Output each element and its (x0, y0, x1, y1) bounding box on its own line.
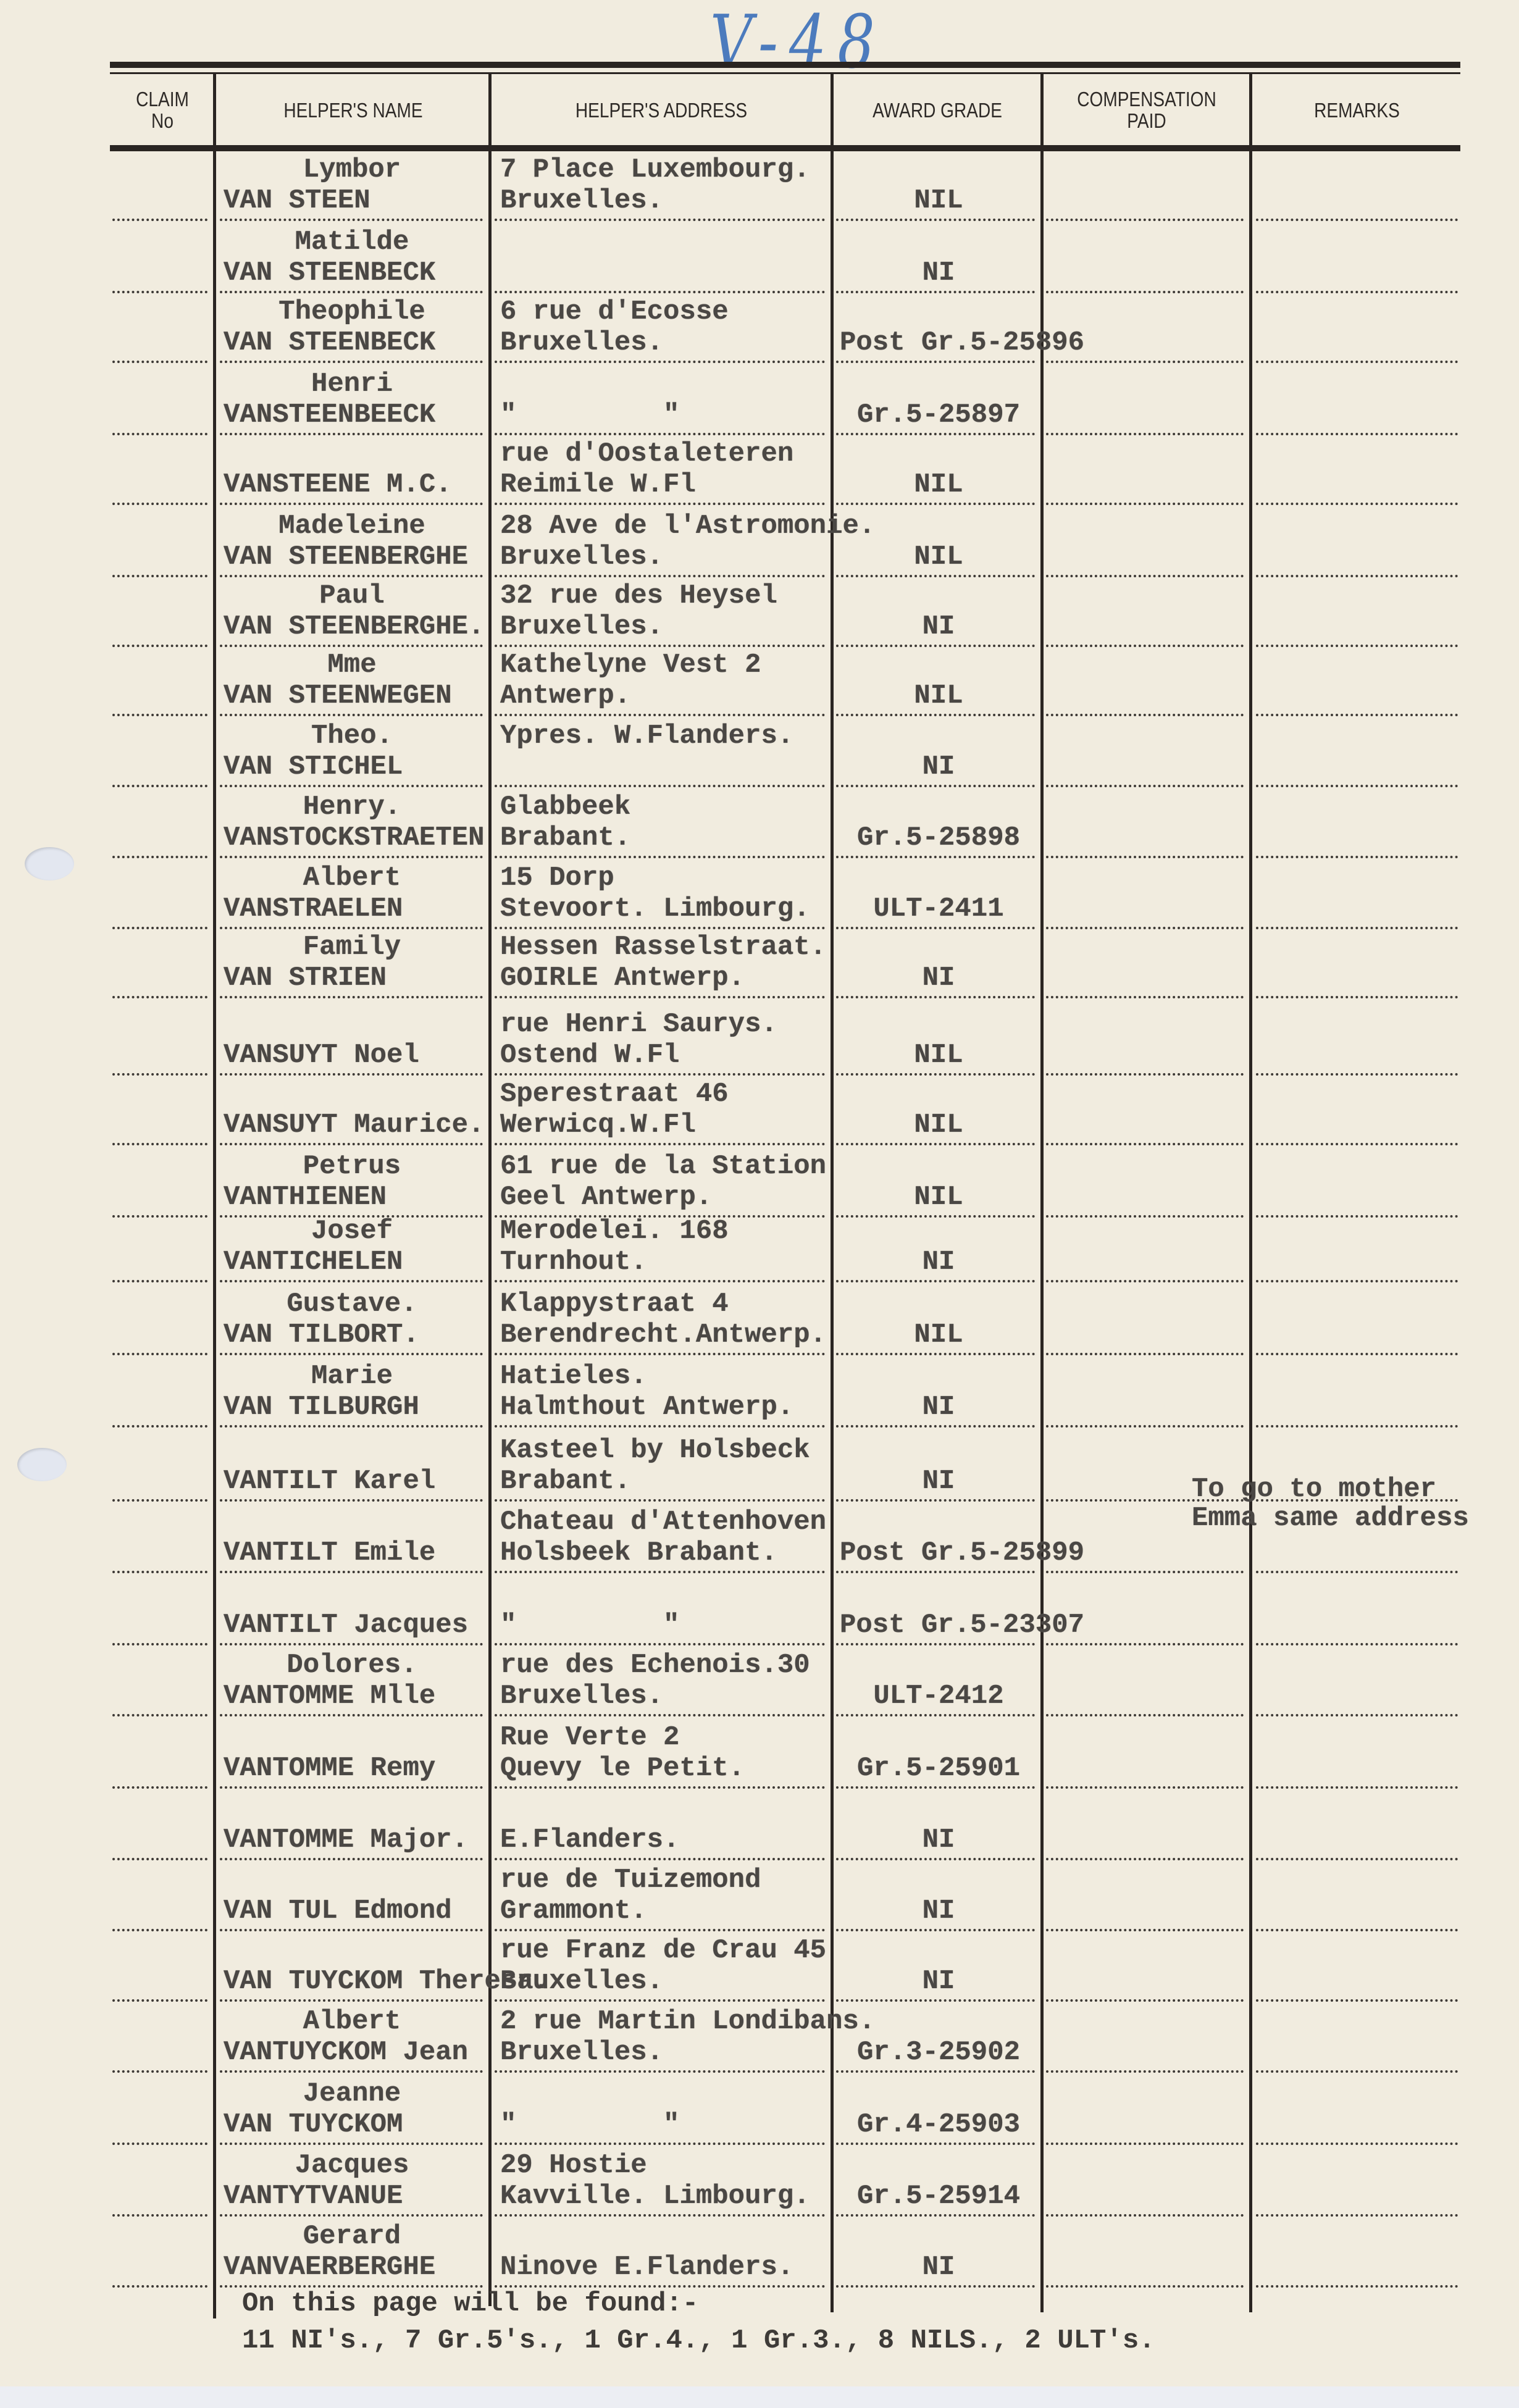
helper-first-name: Paul (222, 580, 482, 611)
helper-surname: VANSTOCKSTRAETEN (224, 822, 484, 853)
helper-surname: VAN STEENBECK (224, 257, 435, 288)
row-separator (1256, 2070, 1458, 2073)
helper-first-name: Theo. (222, 721, 482, 751)
header-col-divider (1249, 74, 1252, 145)
row-separator (1256, 291, 1458, 293)
row-separator (112, 291, 207, 293)
row-separator (1046, 361, 1244, 363)
header-col-divider (213, 74, 216, 145)
row-separator (836, 433, 1035, 435)
row-separator (495, 996, 825, 998)
row-separator (1046, 1786, 1244, 1789)
helper-address-line-2: Ninove E.Flanders. (500, 2252, 793, 2283)
helper-address-line-2: Quevy le Petit. (500, 1753, 745, 1784)
body-col-divider (1249, 151, 1252, 2312)
row-separator (495, 1499, 825, 1502)
row-separator (1256, 361, 1458, 363)
row-separator (495, 2214, 825, 2217)
row-separator (112, 361, 207, 363)
helper-first-name: Matilde (222, 227, 482, 257)
helper-address-line-2: Stevoort. Limbourg. (500, 893, 810, 924)
helper-first-name: Henri (222, 369, 482, 399)
row-separator (1256, 433, 1458, 435)
row-separator (495, 1073, 825, 1076)
row-separator (495, 1786, 825, 1789)
row-separator (220, 1571, 483, 1573)
helper-address-line-2: Bruxelles. (500, 1681, 663, 1712)
row-separator (836, 927, 1035, 929)
helper-surname: VANSTRAELEN (224, 893, 403, 924)
row-separator (836, 2214, 1035, 2217)
helper-address-line-1: 15 Dorp (500, 863, 614, 893)
helper-surname: VAN STEEN (224, 185, 370, 216)
row-separator (1046, 856, 1244, 858)
helper-address-line-2: " " (500, 2109, 679, 2140)
helper-address-line-1: Chateau d'Attenhoven (500, 1507, 826, 1537)
award-grade: NI (840, 1247, 1037, 1277)
row-separator (1256, 1643, 1458, 1645)
row-separator (836, 1499, 1035, 1502)
row-separator (112, 1425, 207, 1428)
row-separator (1256, 1786, 1458, 1789)
helper-first-name: Henry. (222, 792, 482, 822)
row-separator (836, 2070, 1035, 2073)
row-separator (836, 785, 1035, 787)
helper-address-line-1: Sperestraat 46 (500, 1079, 729, 1110)
row-separator (220, 996, 483, 998)
row-separator (1046, 1143, 1244, 1145)
row-separator (220, 2214, 483, 2217)
row-separator (495, 1425, 825, 1428)
row-separator (112, 856, 207, 858)
helper-surname: VANTILT Jacques (224, 1610, 468, 1641)
row-separator (112, 503, 207, 505)
award-grade: NI (840, 1825, 1037, 1855)
award-grade: NIL (840, 1182, 1037, 1213)
award-grade: Gr.5-25897 (840, 399, 1037, 430)
row-separator (495, 714, 825, 716)
row-separator (1046, 2285, 1244, 2288)
helper-address-line-2: Brabant. (500, 822, 630, 853)
row-separator (220, 433, 483, 435)
helper-address-line-2: " " (500, 399, 679, 430)
row-separator (1256, 1215, 1458, 1218)
row-separator (1256, 1929, 1458, 1931)
row-separator (1046, 2214, 1244, 2217)
row-separator (1046, 1353, 1244, 1355)
row-separator (1046, 785, 1244, 787)
row-separator (220, 1353, 483, 1355)
row-separator (1046, 1999, 1244, 2002)
helper-surname: VAN TILBURGH (224, 1392, 419, 1423)
helper-first-name: Madeleine (222, 511, 482, 541)
row-separator (1046, 219, 1244, 221)
helper-address-line-2: Turnhout. (500, 1247, 647, 1277)
summary-line-2: 11 NI's., 7 Gr.5's., 1 Gr.4., 1 Gr.3., 8… (242, 2325, 1155, 2357)
header-claim-no: CLAIM No (118, 73, 207, 148)
row-separator (495, 856, 825, 858)
row-separator (112, 1858, 207, 1860)
helper-address-line-1: 29 Hostie (500, 2150, 647, 2181)
helper-address-line-2: Grammont. (500, 1896, 647, 1926)
helper-surname: VANVAERBERGHE (224, 2252, 435, 2283)
award-grade: NI (840, 257, 1037, 288)
award-grade: NIL (840, 469, 1037, 500)
row-separator (1046, 575, 1244, 577)
row-separator (220, 575, 483, 577)
helper-surname: VAN TILBORT. (224, 1319, 419, 1350)
helper-surname: VANTOMME Mlle (224, 1681, 435, 1712)
helper-first-name: Lymbor (222, 154, 482, 185)
row-separator (220, 927, 483, 929)
row-separator (220, 714, 483, 716)
body-col-divider (213, 151, 216, 2318)
row-separator (836, 996, 1035, 998)
row-separator (836, 219, 1035, 221)
row-separator (1256, 714, 1458, 716)
row-separator (1046, 1280, 1244, 1282)
row-separator (836, 714, 1035, 716)
row-separator (495, 2070, 825, 2073)
row-separator (220, 2070, 483, 2073)
award-grade: NIL (840, 541, 1037, 572)
row-separator (220, 219, 483, 221)
row-separator (495, 1714, 825, 1716)
helper-address-line-2: Bruxelles. (500, 1966, 663, 1997)
helper-address-line-1: 2 rue Martin Londibans. (500, 2006, 875, 2037)
award-grade: NIL (840, 1040, 1037, 1071)
helper-address-line-1: rue de Tuizemond (500, 1865, 761, 1896)
helper-surname: VAN STEENBECK (224, 327, 435, 358)
row-separator (836, 1280, 1035, 1282)
row-separator (112, 1499, 207, 1502)
helper-surname: VANSUYT Maurice. (224, 1110, 484, 1140)
row-separator (112, 1643, 207, 1645)
helper-address-line-2: Bruxelles. (500, 611, 663, 642)
award-grade: NIL (840, 185, 1037, 216)
summary-line-1: On this page will be found:- (242, 2288, 698, 2320)
row-separator (495, 575, 825, 577)
row-separator (836, 361, 1035, 363)
helper-address-line-2: Brabant. (500, 1466, 630, 1497)
award-grade: Gr.5-25898 (840, 822, 1037, 853)
row-separator (1256, 1353, 1458, 1355)
row-separator (1046, 1215, 1244, 1218)
helper-first-name: Jeanne (222, 2078, 482, 2109)
row-separator (836, 1786, 1035, 1789)
helper-surname: VANSTEENE M.C. (224, 469, 452, 500)
row-separator (495, 219, 825, 221)
header-col-divider (1040, 74, 1044, 145)
helper-surname: VANSUYT Noel (224, 1040, 419, 1071)
row-separator (1256, 1073, 1458, 1076)
row-separator (495, 291, 825, 293)
row-separator (112, 2143, 207, 2145)
row-separator (495, 785, 825, 787)
helper-address-line-1: 28 Ave de l'Astromonie. (500, 511, 875, 541)
row-separator (1256, 1571, 1458, 1573)
helper-first-name: Gustave. (222, 1289, 482, 1319)
helper-surname: VANTOMME Remy (224, 1753, 435, 1784)
row-separator (495, 2143, 825, 2145)
row-separator (1256, 575, 1458, 577)
helper-address-line-1: Kathelyne Vest 2 (500, 650, 761, 680)
row-separator (1046, 1073, 1244, 1076)
row-separator (112, 996, 207, 998)
row-separator (836, 1073, 1035, 1076)
body-col-divider (1040, 151, 1044, 2312)
row-separator (1256, 2285, 1458, 2288)
row-separator (1046, 291, 1244, 293)
helper-surname: VANTUYCKOM Jean (224, 2037, 468, 2068)
row-separator (112, 1280, 207, 1282)
helper-address-line-2: Geel Antwerp. (500, 1182, 712, 1213)
helper-address-line-2: Reimile W.Fl (500, 469, 696, 500)
row-separator (112, 2285, 207, 2288)
row-separator (836, 503, 1035, 505)
scan-background (0, 2386, 1519, 2408)
row-separator (112, 714, 207, 716)
helper-first-name: Marie (222, 1361, 482, 1392)
helper-address-line-2: GOIRLE Antwerp. (500, 963, 745, 993)
helper-first-name: Mme (222, 650, 482, 680)
award-grade: NI (840, 1466, 1037, 1497)
helper-surname: VAN STEENWEGEN (224, 680, 452, 711)
helper-address-line-2: Kavville. Limbourg. (500, 2181, 810, 2212)
header-col-divider (488, 74, 492, 145)
row-separator (112, 1073, 207, 1076)
helper-surname: VAN TUL Edmond (224, 1896, 452, 1926)
row-separator (1256, 645, 1458, 647)
helper-first-name: Josef (222, 1216, 482, 1247)
row-separator (220, 1714, 483, 1716)
row-separator (1046, 927, 1244, 929)
row-separator (836, 291, 1035, 293)
helper-address-line-1: rue des Echenois.30 (500, 1650, 810, 1681)
award-grade: Post Gr.5-25899 (840, 1537, 1037, 1568)
row-separator (1256, 1714, 1458, 1716)
award-grade: NI (840, 1896, 1037, 1926)
row-separator (495, 927, 825, 929)
row-separator (112, 785, 207, 787)
row-separator (220, 856, 483, 858)
body-col-divider (831, 151, 834, 2312)
row-separator (220, 1858, 483, 1860)
row-separator (836, 645, 1035, 647)
row-separator (836, 1353, 1035, 1355)
row-separator (220, 1929, 483, 1931)
award-grade: Post Gr.5-25896 (840, 327, 1037, 358)
helper-address-line-1: 61 rue de la Station (500, 1151, 826, 1182)
award-grade: ULT-2412 (840, 1681, 1037, 1712)
helper-address-line-2: Bruxelles. (500, 2037, 663, 2068)
row-separator (112, 1999, 207, 2002)
helper-address-line-2: " " (500, 1610, 679, 1641)
helper-address-line-2: E.Flanders. (500, 1825, 679, 1855)
row-separator (112, 219, 207, 221)
row-separator (1046, 1714, 1244, 1716)
top-thick-rule (110, 62, 1460, 68)
remarks-text: Emma same address (1192, 1503, 1469, 1534)
helper-address-line-1: Hatieles. (500, 1361, 647, 1392)
row-separator (1046, 714, 1244, 716)
award-grade: Post Gr.5-23307 (840, 1610, 1037, 1641)
award-grade: NI (840, 611, 1037, 642)
row-separator (495, 433, 825, 435)
helper-address-line-2: Ostend W.Fl (500, 1040, 679, 1071)
header-award-grade: AWARD GRADE (849, 73, 1026, 148)
helper-surname: VAN TUYCKOM (224, 2109, 403, 2140)
row-separator (1046, 1858, 1244, 1860)
row-separator (1256, 927, 1458, 929)
helper-first-name: Theophile (222, 296, 482, 327)
row-separator (1256, 2143, 1458, 2145)
row-separator (836, 575, 1035, 577)
helper-address-line-1: 32 rue des Heysel (500, 580, 777, 611)
row-separator (220, 2143, 483, 2145)
row-separator (220, 1786, 483, 1789)
award-grade: ULT-2411 (840, 893, 1037, 924)
remarks-text: To go to mother (1192, 1474, 1436, 1505)
row-separator (1046, 2143, 1244, 2145)
header-col-divider (831, 74, 834, 145)
row-separator (220, 1643, 483, 1645)
row-separator (495, 503, 825, 505)
helper-address-line-1: rue Franz de Crau 45 (500, 1935, 826, 1966)
row-separator (495, 1929, 825, 1931)
helper-address-line-1: rue Henri Saurys. (500, 1009, 777, 1040)
award-grade: Gr.5-25901 (840, 1753, 1037, 1784)
row-separator (112, 2214, 207, 2217)
helper-address-line-1: Klappystraat 4 (500, 1289, 729, 1319)
row-separator (1046, 996, 1244, 998)
helper-first-name: Family (222, 932, 482, 963)
helper-address-line-1: Hessen Rasselstraat. (500, 932, 826, 963)
row-separator (220, 1143, 483, 1145)
row-separator (836, 1215, 1035, 1218)
helper-surname: VANTILT Karel (224, 1466, 435, 1497)
row-separator (1256, 2214, 1458, 2217)
row-separator (112, 645, 207, 647)
helper-surname: VAN STEENBERGHE. (224, 611, 484, 642)
punch-hole-icon (17, 1448, 67, 1481)
helper-address-line-2: Berendrecht.Antwerp. (500, 1319, 826, 1350)
row-separator (220, 361, 483, 363)
row-separator (1256, 1858, 1458, 1860)
punch-hole-icon (25, 847, 74, 880)
helper-surname: VANTICHELEN (224, 1247, 403, 1277)
row-separator (1256, 1425, 1458, 1428)
award-grade: Gr.5-25914 (840, 2181, 1037, 2212)
helper-first-name: Gerard (222, 2221, 482, 2252)
helper-first-name: Petrus (222, 1151, 482, 1182)
row-separator (836, 1714, 1035, 1716)
row-separator (112, 1714, 207, 1716)
row-separator (836, 856, 1035, 858)
row-separator (836, 1858, 1035, 1860)
row-separator (495, 1280, 825, 1282)
helper-address-line-2: Halmthout Antwerp. (500, 1392, 793, 1423)
row-separator (495, 361, 825, 363)
row-separator (1256, 1280, 1458, 1282)
helper-surname: VAN STEENBERGHE (224, 541, 468, 572)
row-separator (220, 1425, 483, 1428)
helper-surname: VANSTEENBEECK (224, 399, 435, 430)
row-separator (112, 927, 207, 929)
row-separator (836, 1999, 1035, 2002)
row-separator (112, 1215, 207, 1218)
row-separator (220, 785, 483, 787)
row-separator (495, 1999, 825, 2002)
helper-address-line-1: Ypres. W.Flanders. (500, 721, 793, 751)
row-separator (495, 645, 825, 647)
helper-surname: VAN STICHEL (224, 751, 403, 782)
row-separator (1046, 1929, 1244, 1931)
header-helper-name: HELPER'S NAME (238, 73, 469, 148)
award-grade: NI (840, 1966, 1037, 1997)
row-separator (112, 575, 207, 577)
row-separator (112, 1353, 207, 1355)
helper-surname: VANTILT Emile (224, 1537, 435, 1568)
row-separator (1256, 785, 1458, 787)
helper-address-line-2: Holsbeek Brabant. (500, 1537, 777, 1568)
row-separator (220, 503, 483, 505)
helper-address-line-2: Werwicq.W.Fl (500, 1110, 696, 1140)
row-separator (112, 1786, 207, 1789)
row-separator (836, 1425, 1035, 1428)
row-separator (495, 1143, 825, 1145)
row-separator (836, 1571, 1035, 1573)
row-separator (1046, 645, 1244, 647)
helper-surname: VANTOMME Major. (224, 1825, 468, 1855)
helper-address-line-1: rue d'Oostaleteren (500, 438, 793, 469)
helper-first-name: Dolores. (222, 1650, 482, 1681)
award-grade: NIL (840, 680, 1037, 711)
row-separator (1256, 856, 1458, 858)
row-separator (220, 1499, 483, 1502)
row-separator (495, 1643, 825, 1645)
helper-address-line-1: Glabbeek (500, 792, 630, 822)
header-helper-address: HELPER'S ADDRESS (517, 73, 805, 148)
row-separator (220, 291, 483, 293)
header-compensation-paid: COMPENSATION PAID (1059, 73, 1234, 148)
row-separator (1046, 1571, 1244, 1573)
helper-address-line-2: Antwerp. (500, 680, 630, 711)
award-grade: NI (840, 1392, 1037, 1423)
helper-address-line-1: Kasteel by Holsbeck (500, 1435, 810, 1466)
helper-surname: VANTHIENEN (224, 1182, 387, 1213)
row-separator (112, 1929, 207, 1931)
row-separator (112, 433, 207, 435)
row-separator (112, 2070, 207, 2073)
row-separator (112, 1143, 207, 1145)
row-separator (1046, 433, 1244, 435)
row-separator (1256, 1143, 1458, 1145)
helper-address-line-1: 6 rue d'Ecosse (500, 296, 729, 327)
award-grade: Gr.4-25903 (840, 2109, 1037, 2140)
helper-address-line-2: Bruxelles. (500, 185, 663, 216)
row-separator (495, 1571, 825, 1573)
row-separator (836, 2143, 1035, 2145)
row-separator (836, 1143, 1035, 1145)
award-grade: NI (840, 963, 1037, 993)
row-separator (836, 1929, 1035, 1931)
helper-address-line-2: Bruxelles. (500, 541, 663, 572)
helper-address-line-1: Merodelei. 168 (500, 1216, 729, 1247)
row-separator (1046, 2070, 1244, 2073)
row-separator (1256, 1999, 1458, 2002)
row-separator (220, 1999, 483, 2002)
